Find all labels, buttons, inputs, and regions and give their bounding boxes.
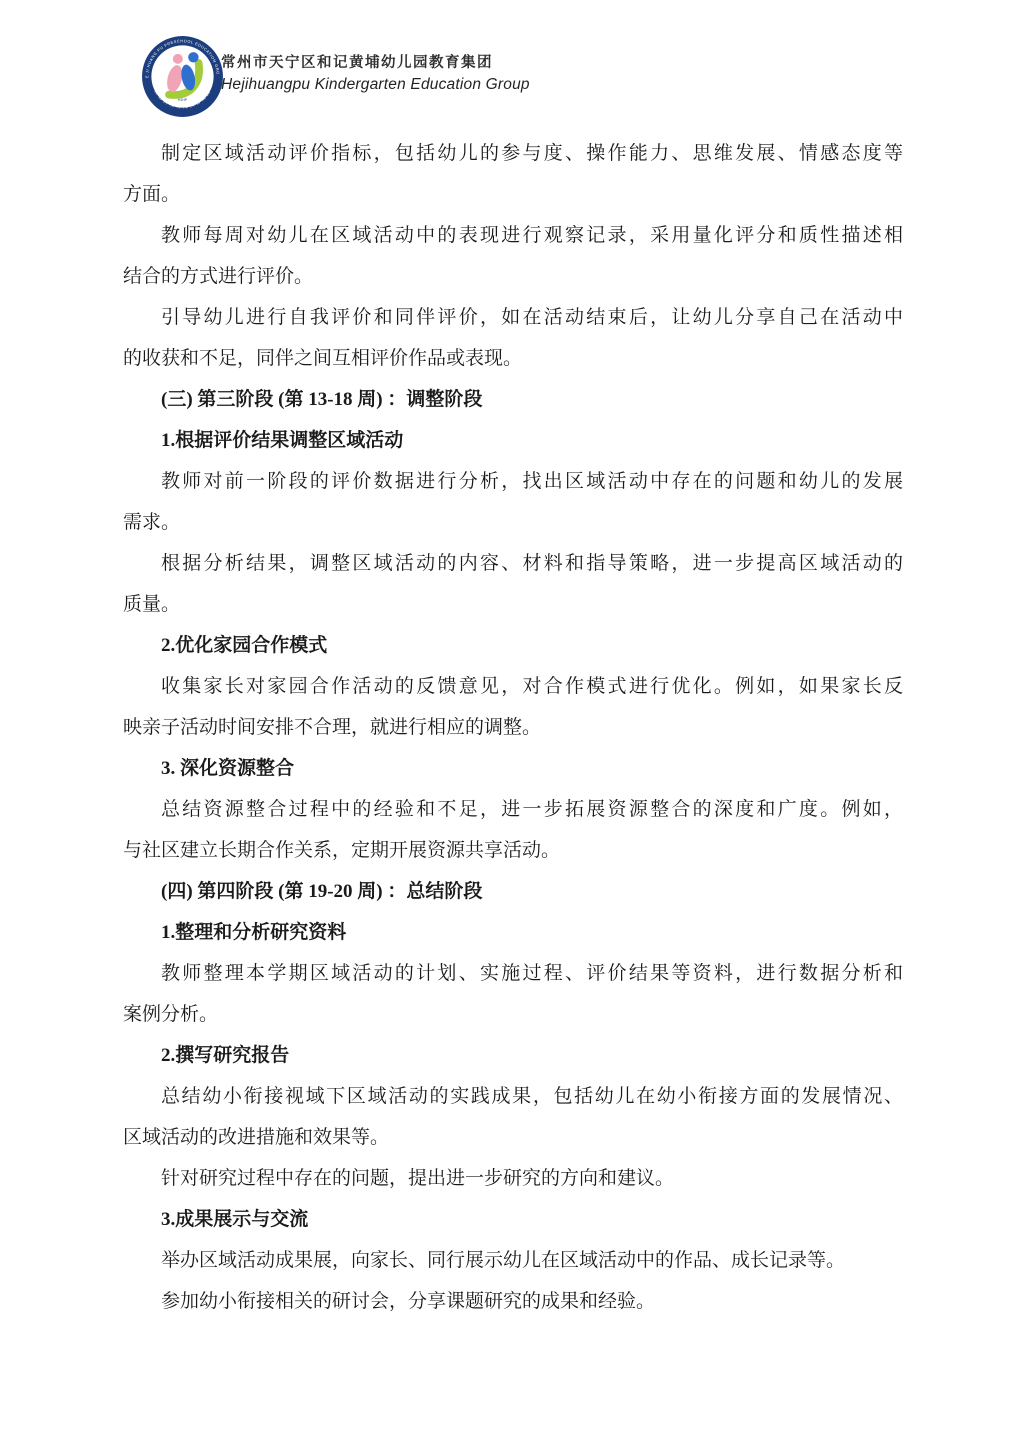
organization-name-block: 常州市天宁区和记黄埔幼儿园教育集团 Hejihuangpu Kindergart…: [221, 56, 530, 92]
text-line: 总结幼小衔接视域下区域活动的实践成果，包括幼儿在幼小衔接方面的发展情况、: [123, 1076, 903, 1117]
heading-line: 3. 深化资源整合: [123, 748, 903, 789]
text-line: 根据分析结果，调整区域活动的内容、材料和指导策略，进一步提高区域活动的: [123, 543, 903, 584]
logo-center-label: HJHP: [178, 98, 188, 102]
heading-line: 3.成果展示与交流: [123, 1199, 903, 1240]
page-header: HE JI HUANG PU PRESCHOOL EDUCATION GROUP…: [0, 0, 1024, 120]
text-line: 结合的方式进行评价。: [123, 256, 903, 297]
text-line: 教师整理本学期区域活动的计划、实施过程、评价结果等资料，进行数据分析和: [123, 953, 903, 994]
text-line: 参加幼小衔接相关的研讨会，分享课题研究的成果和经验。: [123, 1281, 903, 1322]
text-line: 收集家长对家园合作活动的反馈意见，对合作模式进行优化。例如，如果家长反: [123, 666, 903, 707]
text-line: 教师每周对幼儿在区域活动中的表现进行观察记录，采用量化评分和质性描述相: [123, 215, 903, 256]
heading-line: (三) 第三阶段 (第 13-18 周) ：调整阶段: [123, 379, 903, 420]
text-line: 针对研究过程中存在的问题，提出进一步研究的方向和建议。: [123, 1158, 903, 1199]
heading-line: 1.根据评价结果调整区域活动: [123, 420, 903, 461]
text-line: 总结资源整合过程中的经验和不足，进一步拓展资源整合的深度和广度。例如，: [123, 789, 903, 830]
text-line: 的收获和不足，同伴之间互相评价作品或表现。: [123, 338, 903, 379]
text-line: 需求。: [123, 502, 903, 543]
heading-line: 2.优化家园合作模式: [123, 625, 903, 666]
heading-line: 2.撰写研究报告: [123, 1035, 903, 1076]
document-body: 制定区域活动评价指标，包括幼儿的参与度、操作能力、思维发展、情感态度等方面。教师…: [123, 133, 903, 1322]
text-line: 制定区域活动评价指标，包括幼儿的参与度、操作能力、思维发展、情感态度等: [123, 133, 903, 174]
text-line: 案例分析。: [123, 994, 903, 1035]
text-line: 质量。: [123, 584, 903, 625]
heading-line: 1.整理和分析研究资料: [123, 912, 903, 953]
text-line: 引导幼儿进行自我评价和同伴评价，如在活动结束后，让幼儿分享自己在活动中: [123, 297, 903, 338]
heading-line: (四) 第四阶段 (第 19-20 周) ：总结阶段: [123, 871, 903, 912]
organization-logo-icon: HE JI HUANG PU PRESCHOOL EDUCATION GROUP…: [141, 35, 224, 118]
organization-name-zh: 常州市天宁区和记黄埔幼儿园教育集团: [221, 56, 530, 71]
text-line: 映亲子活动时间安排不合理，就进行相应的调整。: [123, 707, 903, 748]
organization-name-en: Hejihuangpu Kindergarten Education Group: [221, 77, 530, 93]
text-line: 区域活动的改进措施和效果等。: [123, 1117, 903, 1158]
text-line: 方面。: [123, 174, 903, 215]
text-line: 教师对前一阶段的评价数据进行分析，找出区域活动中存在的问题和幼儿的发展: [123, 461, 903, 502]
text-line: 与社区建立长期合作关系，定期开展资源共享活动。: [123, 830, 903, 871]
text-line: 举办区域活动成果展，向家长、同行展示幼儿在区域活动中的作品、成长记录等。: [123, 1240, 903, 1281]
